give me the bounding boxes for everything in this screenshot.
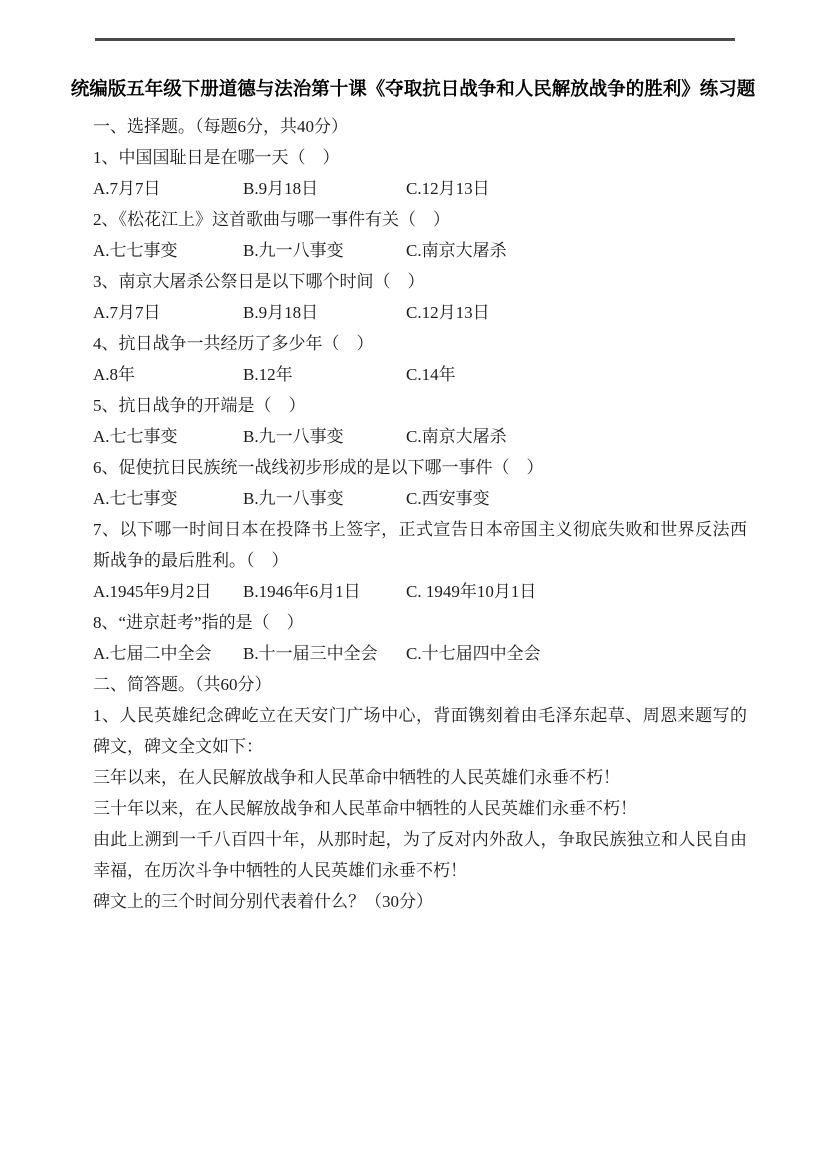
short-answer-prompt: 碑文上的三个时间分别代表着什么？（30分）: [93, 886, 747, 917]
option-c: C.14年: [406, 359, 747, 390]
question-stem: 4、抗日战争一共经历了多少年（ ）: [93, 328, 747, 359]
option-b: B.十一届三中全会: [243, 638, 406, 669]
question-stem: 8、“进京赶考”指的是（ ）: [93, 607, 747, 638]
question-stem: 1、中国国耻日是在哪一天（ ）: [93, 142, 747, 173]
question-stem: 5、抗日战争的开端是（ ）: [93, 390, 747, 421]
option-c: C.南京大屠杀: [406, 235, 747, 266]
inscription-line: 由此上溯到一千八百四十年，从那时起，为了反对内外敌人，争取民族独立和人民自由幸福…: [93, 824, 747, 886]
question-stem: 6、促使抗日民族统一战线初步形成的是以下哪一事件（ ）: [93, 452, 747, 483]
option-c: C.12月13日: [406, 173, 747, 204]
option-c: C.南京大屠杀: [406, 421, 747, 452]
short-answer-intro: 1、人民英雄纪念碑屹立在天安门广场中心，背面镌刻着由毛泽东起草、周恩来题写的碑文…: [93, 700, 747, 762]
inscription-line: 三年以来，在人民解放战争和人民革命中牺牲的人民英雄们永垂不朽！: [93, 762, 747, 793]
option-a: A.七届二中全会: [93, 638, 243, 669]
page-title: 统编版五年级下册道德与法治第十课《夺取抗日战争和人民解放战争的胜利》练习题: [0, 76, 826, 104]
option-a: A.七七事变: [93, 235, 243, 266]
option-c: C.12月13日: [406, 297, 747, 328]
question-options: A.1945年9月2日 B.1946年6月1日 C. 1949年10月1日: [93, 576, 747, 607]
option-b: B.九一八事变: [243, 421, 406, 452]
option-b: B.九一八事变: [243, 235, 406, 266]
question-options: A.七七事变 B.九一八事变 C.南京大屠杀: [93, 235, 747, 266]
question-options: A.7月7日 B.9月18日 C.12月13日: [93, 173, 747, 204]
option-a: A.七七事变: [93, 421, 243, 452]
inscription-line: 三十年以来，在人民解放战争和人民革命中牺牲的人民英雄们永垂不朽！: [93, 793, 747, 824]
option-a: A.7月7日: [93, 173, 243, 204]
question-stem: 7、以下哪一时间日本在投降书上签字，正式宣告日本帝国主义彻底失败和世界反法西斯战…: [93, 514, 747, 576]
option-b: B.9月18日: [243, 297, 406, 328]
section-short-answer-heading: 二、简答题。（共60分）: [93, 669, 747, 700]
option-c: C. 1949年10月1日: [406, 576, 747, 607]
option-a: A.7月7日: [93, 297, 243, 328]
question-stem: 2、《松花江上》这首歌曲与哪一事件有关（ ）: [93, 204, 747, 235]
question-stem: 3、南京大屠杀公祭日是以下哪个时间（ ）: [93, 266, 747, 297]
document-body: 一、选择题。（每题6分，共40分） 1、中国国耻日是在哪一天（ ） A.7月7日…: [93, 111, 747, 917]
question-options: A.8年 B.12年 C.14年: [93, 359, 747, 390]
option-a: A.8年: [93, 359, 243, 390]
question-options: A.七届二中全会 B.十一届三中全会 C.十七届四中全会: [93, 638, 747, 669]
option-a: A.1945年9月2日: [93, 576, 243, 607]
question-options: A.七七事变 B.九一八事变 C.西安事变: [93, 483, 747, 514]
question-options: A.七七事变 B.九一八事变 C.南京大屠杀: [93, 421, 747, 452]
option-a: A.七七事变: [93, 483, 243, 514]
worksheet-page: 统编版五年级下册道德与法治第十课《夺取抗日战争和人民解放战争的胜利》练习题 一、…: [0, 0, 826, 1169]
section-choice-heading: 一、选择题。（每题6分，共40分）: [93, 111, 747, 142]
option-b: B.九一八事变: [243, 483, 406, 514]
option-b: B.12年: [243, 359, 406, 390]
option-c: C.十七届四中全会: [406, 638, 747, 669]
option-b: B.9月18日: [243, 173, 406, 204]
option-c: C.西安事变: [406, 483, 747, 514]
option-b: B.1946年6月1日: [243, 576, 406, 607]
header-rule: [95, 38, 735, 41]
question-options: A.7月7日 B.9月18日 C.12月13日: [93, 297, 747, 328]
